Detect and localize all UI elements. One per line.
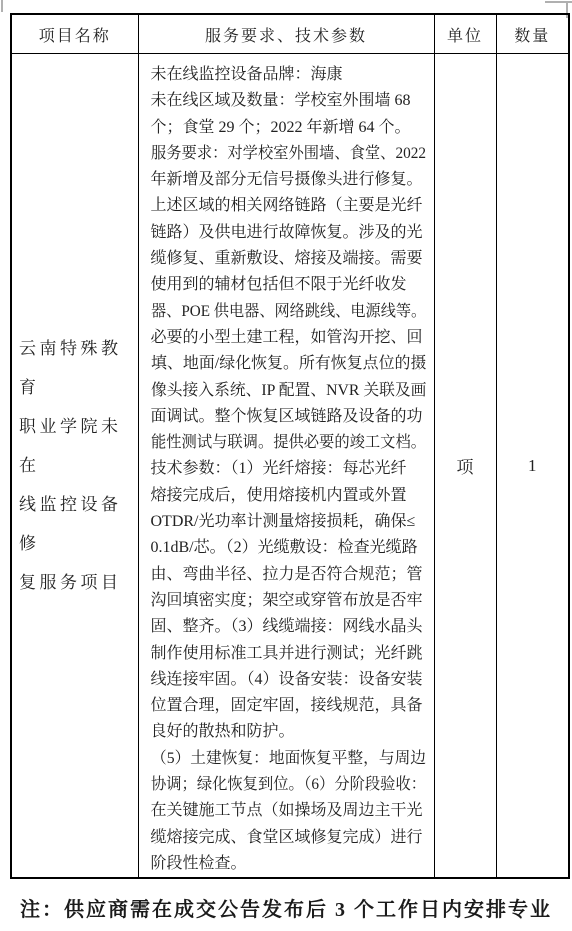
cell-project-name: 云南特殊教育 职业学院未在 线监控设备修 复服务项目 [11, 54, 138, 879]
header-requirements: 服务要求、技术参数 [138, 14, 434, 54]
requirements-line: OTDR/光功率计测量熔接损耗，确保≤ [151, 509, 426, 535]
table-row: 云南特殊教育 职业学院未在 线监控设备修 复服务项目 未在线监控设备品牌：海康未… [11, 54, 569, 879]
requirements-line: 良好的散热和防护。 [151, 719, 426, 745]
footnote: 注：供应商需在成交公告发布后 3 个工作日内安排专业 [20, 893, 552, 922]
requirements-line: 填、地面/绿化恢复。所有恢复点位的摄 [151, 351, 425, 377]
table-header-row: 项目名称 服务要求、技术参数 单位 数量 [11, 14, 569, 54]
requirements-line: 必要的小型土建工程，如管沟开挖、回 [151, 325, 426, 351]
requirements-line: 像头接入系统、IP 配置、NVR 关联及画 [151, 378, 422, 404]
requirements-line: 链路）及供电进行故障恢复。涉及的光 [151, 220, 426, 246]
requirements-line: 未在线监控设备品牌：海康 [151, 62, 426, 88]
requirements-line: 服务要求：对学校室外围墙、食堂、2022 [151, 141, 414, 167]
requirements-line: 缆修复、重新敷设、熔接及端接。需要 [151, 246, 426, 272]
requirements-line: 能性测试与联调。提供必要的竣工文档。 [151, 430, 414, 456]
requirements-line: 0.1dB/芯。（2）光缆敷设：检查光缆路 [151, 535, 426, 561]
cell-unit: 项 [434, 54, 496, 879]
requirements-line: 固、整齐。（3）线缆端接：网线水晶头 [151, 614, 426, 640]
requirements-line: 熔接完成后，使用熔接机内置或外置 [151, 483, 426, 509]
requirements-line: 位置合理，固定牢固，接线规范，具备 [151, 693, 426, 719]
requirements-line: 个；食堂 29 个；2022 年新增 64 个。 [151, 115, 426, 141]
header-unit: 单位 [434, 14, 496, 54]
requirements-line: 沟回填密实度；架空或穿管布放是否牢 [151, 588, 426, 614]
requirements-line: 缆熔接完成、食堂区域修复完成）进行 [151, 825, 426, 851]
document-page: 项目名称 服务要求、技术参数 单位 数量 云南特殊教育 职业学院未在 线监控设备… [0, 0, 572, 931]
requirements-line: 使用到的辅材包括但不限于光纤收发 [151, 272, 426, 298]
requirements-line: 技术参数：（1）光纤熔接：每芯光纤 [151, 456, 426, 482]
requirements-line: 未在线区域及数量：学校室外围墙 68 [151, 88, 426, 114]
requirements-line: 线连接牢固。（4）设备安装：设备安装 [151, 667, 426, 693]
procurement-table: 项目名称 服务要求、技术参数 单位 数量 云南特殊教育 职业学院未在 线监控设备… [10, 13, 570, 879]
requirements-line: 制作使用标准工具并进行测试；光纤跳 [151, 641, 426, 667]
requirements-line: 由、弯曲半径、拉力是否符合规范；管 [151, 562, 426, 588]
requirements-line: 年新增及部分无信号摄像头进行修复。 [151, 167, 426, 193]
header-quantity: 数量 [496, 14, 569, 54]
requirements-line: 上述区域的相关网络链路（主要是光纤 [151, 193, 426, 219]
requirements-line: 器、POE 供电器、网络跳线、电源线等。 [151, 299, 412, 325]
requirements-line: 在关键施工节点（如操场及周边主干光 [151, 798, 426, 824]
scan-artifact-left [1, 0, 3, 12]
requirements-line: （5）土建恢复：地面恢复平整，与周边 [151, 746, 421, 772]
cell-requirements: 未在线监控设备品牌：海康未在线区域及数量：学校室外围墙 68个；食堂 29 个；… [138, 54, 434, 879]
cell-quantity: 1 [496, 54, 569, 879]
requirements-line: 协调；绿化恢复到位。（6）分阶段验收： [151, 772, 414, 798]
header-project-name: 项目名称 [11, 14, 138, 54]
requirements-line: 面调试。整个恢复区域链路及设备的功 [151, 404, 426, 430]
requirements-line: 阶段性检查。 [151, 851, 426, 877]
